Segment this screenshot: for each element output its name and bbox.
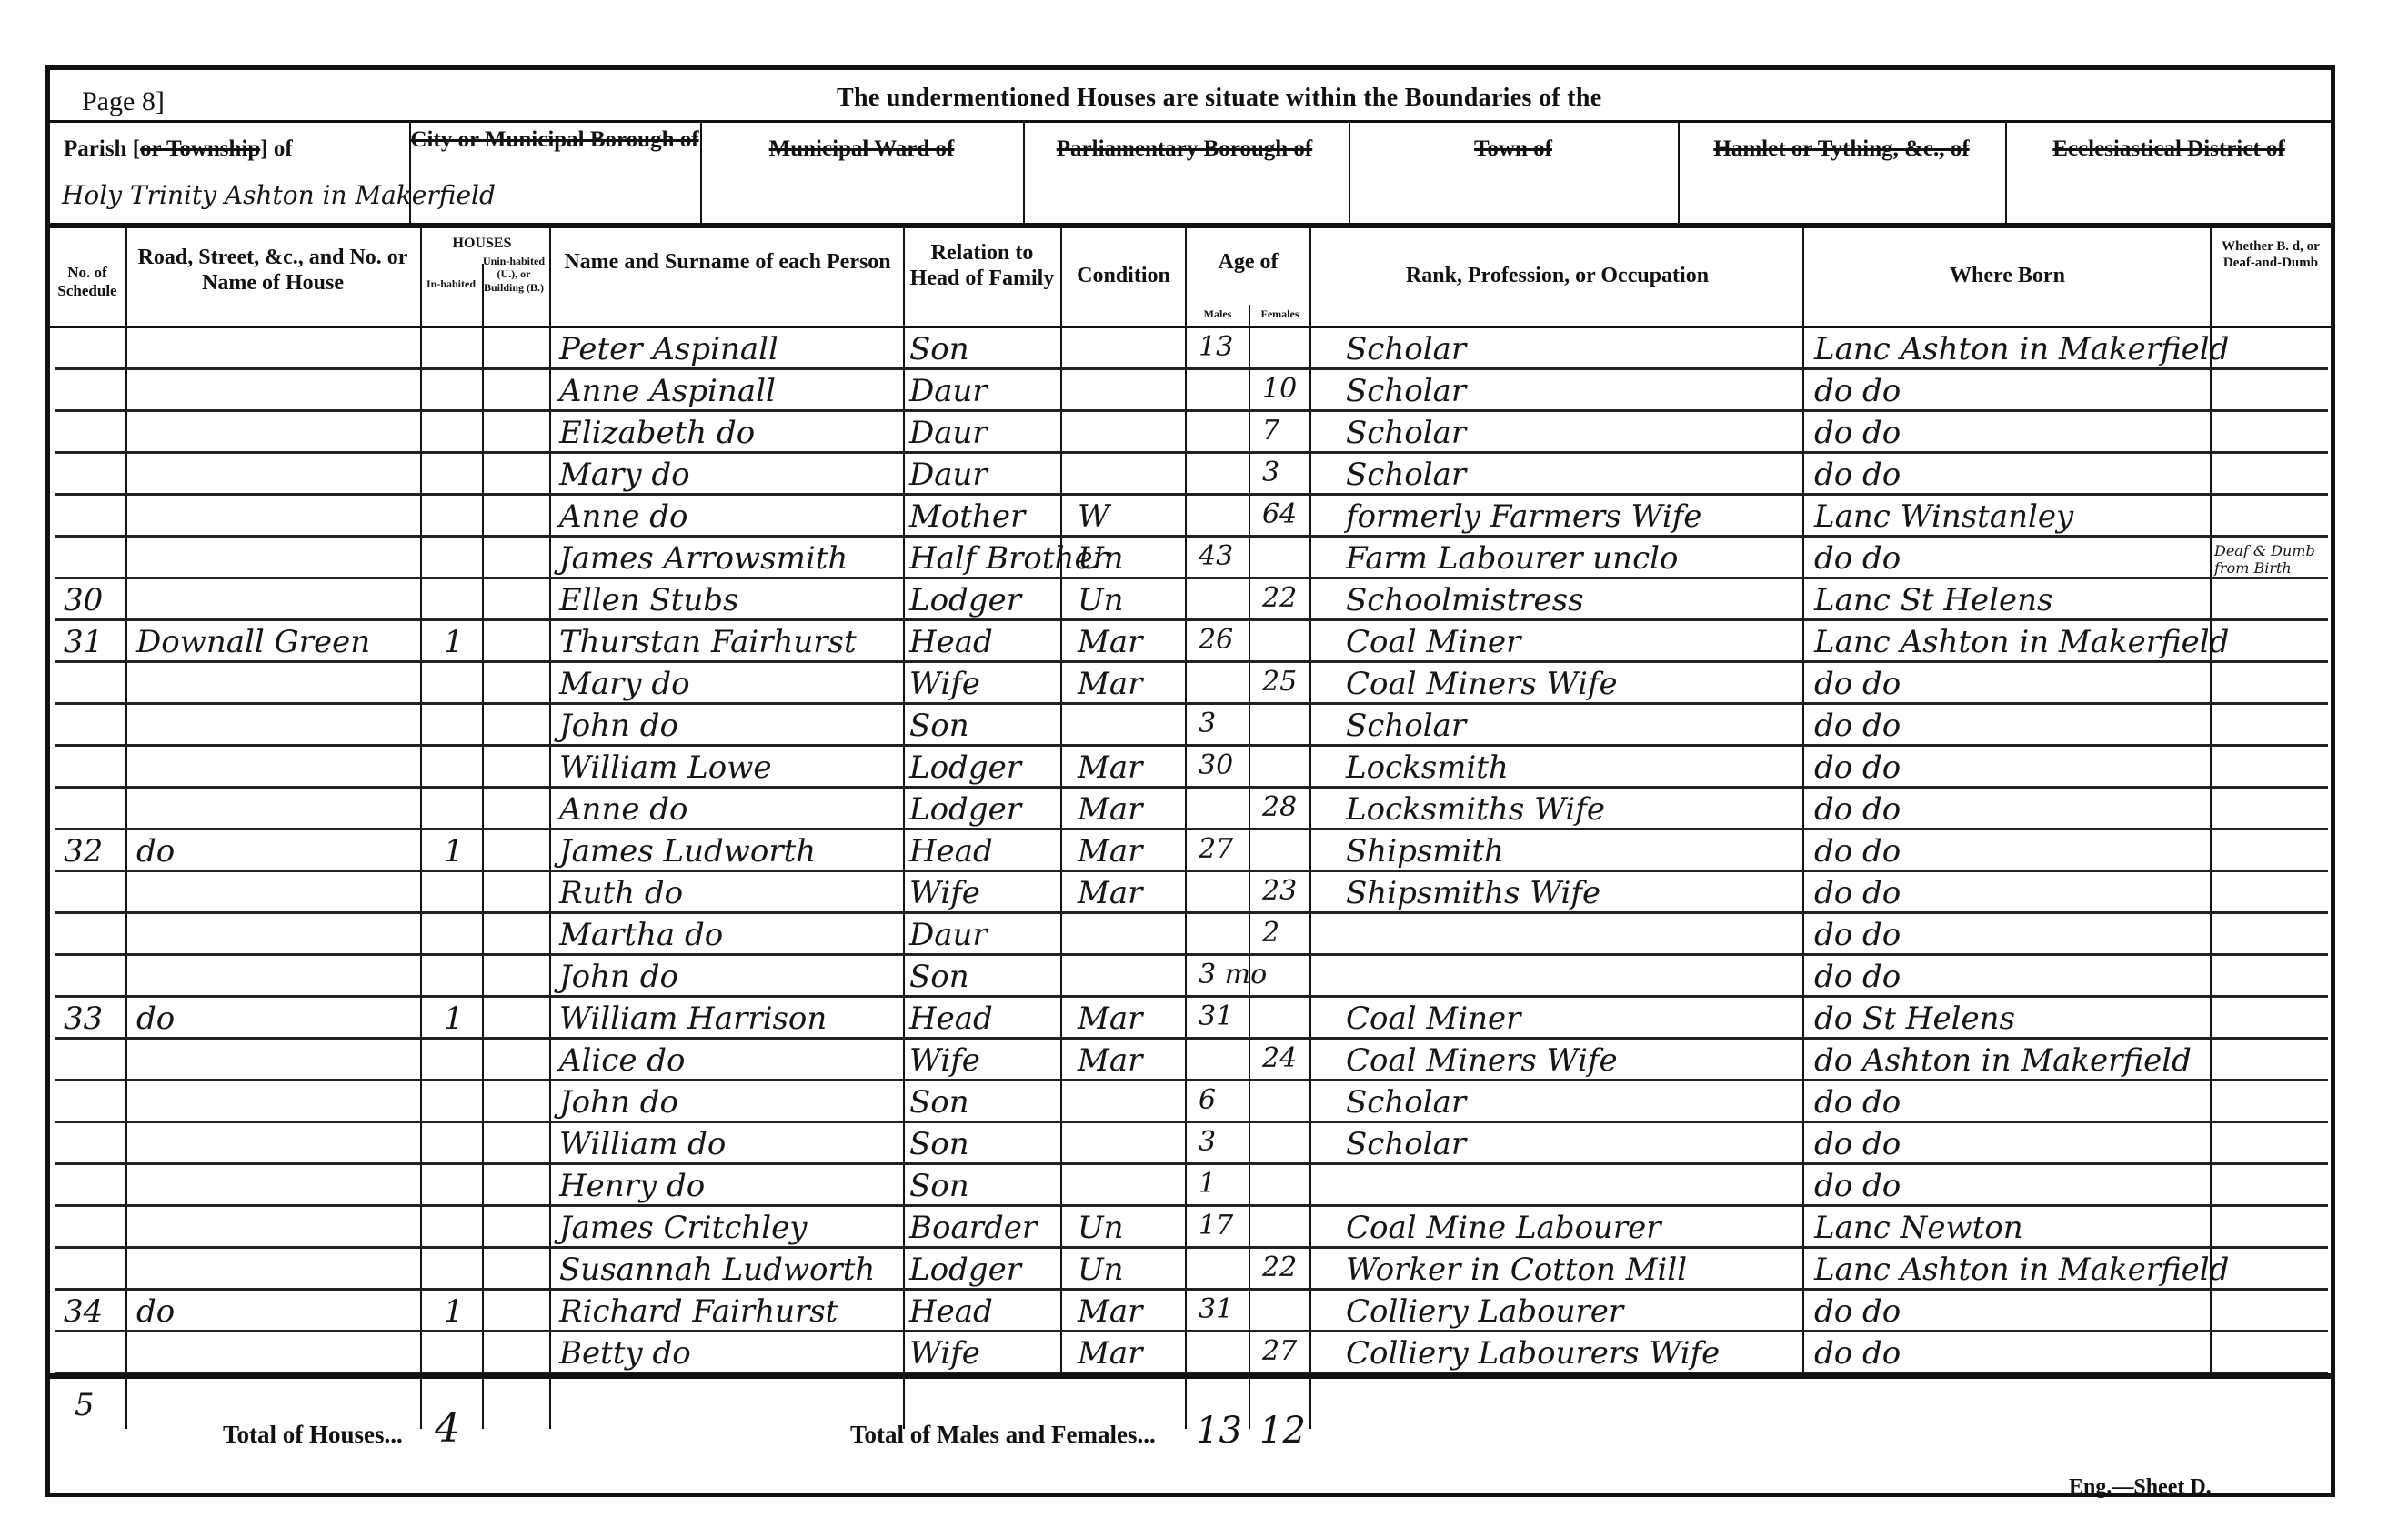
cell-name: Susannah Ludworth	[559, 1252, 875, 1288]
cell-name: William Harrison	[559, 1000, 827, 1037]
cell-relation: Lodger	[909, 1252, 1021, 1288]
cell-male-age: 1	[1199, 1168, 1216, 1200]
cell-male-age: 3 mo	[1199, 959, 1267, 990]
cell-name: Ruth do	[559, 875, 683, 911]
cell-female-age: 10	[1262, 373, 1297, 405]
cell-condition: Mar	[1078, 666, 1142, 702]
cell-female-age: 28	[1262, 791, 1297, 823]
row-divider	[55, 1162, 2328, 1165]
cell-occupation: Locksmith	[1346, 749, 1509, 786]
cell-schedule: 33	[64, 1000, 103, 1037]
row-divider	[55, 828, 2328, 830]
cell-female-age: 23	[1262, 875, 1297, 907]
cell-condition: Mar	[1078, 749, 1142, 786]
cell-occupation: Coal Miner	[1346, 624, 1520, 660]
cell-relation: Daur	[909, 373, 988, 409]
row-divider	[55, 702, 2328, 705]
cell-relation: Lodger	[909, 791, 1021, 828]
row-divider	[55, 409, 2328, 412]
cell-where-born: do do	[1814, 1084, 1901, 1121]
cell-relation: Head	[909, 833, 993, 870]
cell-condition: Mar	[1078, 624, 1142, 660]
cell-where-born: do do	[1814, 666, 1901, 702]
cell-where-born: do do	[1814, 457, 1901, 493]
cell-male-age: 26	[1199, 624, 1233, 656]
cell-female-age: 3	[1262, 457, 1279, 488]
cell-female-age: 22	[1262, 582, 1297, 614]
cell-condition: Mar	[1078, 791, 1142, 828]
cell-name: Richard Fairhurst	[559, 1293, 838, 1330]
divider	[1249, 305, 1250, 1429]
city-borough-label: City or Municipal Borough of	[409, 127, 700, 154]
cell-relation: Mother	[909, 498, 1025, 535]
cell-occupation: Coal Miners Wife	[1346, 1042, 1618, 1079]
cell-male-age: 6	[1199, 1084, 1216, 1116]
cell-relation: Son	[909, 331, 969, 367]
cell-occupation: Scholar	[1346, 708, 1466, 744]
col-name: Name and Surname of each Person	[550, 250, 905, 276]
cell-relation: Son	[909, 1126, 969, 1162]
col-uninhabited: Unin-habited (U.), or Building (B.)	[482, 255, 546, 294]
cell-name: William do	[559, 1126, 726, 1162]
cell-name: Henry do	[559, 1168, 705, 1204]
cell-male-age: 3	[1199, 708, 1216, 739]
cell-relation: Son	[909, 1084, 969, 1121]
parish-value: Holy Trinity Ashton in Makerfield	[62, 180, 496, 210]
row-divider	[55, 1079, 2328, 1081]
col-road: Road, Street, &c., and No. or Name of Ho…	[127, 246, 418, 296]
cell-condition: Un	[1078, 582, 1124, 618]
cell-occupation: Scholar	[1346, 1084, 1466, 1121]
cell-schedule: 31	[64, 624, 103, 660]
cell-relation: Head	[909, 624, 993, 660]
cell-where-born: do do	[1814, 875, 1901, 911]
cell-where-born: Lanc Ashton in Makerfield	[1814, 331, 2229, 367]
cell-relation: Son	[909, 708, 969, 744]
page-title: The undermentioned Houses are situate wi…	[837, 84, 1601, 113]
cell-female-age: 22	[1262, 1252, 1297, 1283]
ecclesiastical-label: Ecclesiastical District of	[2005, 136, 2333, 163]
parliamentary-borough-label: Parliamentary Borough of	[1023, 136, 1346, 163]
cell-relation: Wife	[909, 1335, 980, 1372]
col-houses: HOUSES	[423, 235, 541, 252]
col-condition: Condition	[1062, 264, 1185, 289]
cell-road: do	[136, 833, 175, 870]
cell-where-born: do do	[1814, 959, 1901, 995]
col-schedule: No. of Schedule	[50, 264, 125, 301]
cell-name: Anne Aspinall	[559, 373, 776, 409]
cell-condition: Mar	[1078, 1000, 1142, 1037]
cell-relation: Wife	[909, 875, 980, 911]
cell-male-age: 31	[1199, 1293, 1233, 1325]
cell-where-born: do do	[1814, 373, 1901, 409]
cell-relation: Daur	[909, 917, 988, 953]
cell-name: James Critchley	[559, 1210, 807, 1246]
cell-relation: Lodger	[909, 582, 1021, 618]
col-females: Females	[1250, 307, 1309, 320]
cell-schedule: 30	[64, 582, 103, 618]
cell-relation: Son	[909, 1168, 969, 1204]
sheet-id: Eng.—Sheet D.	[2069, 1475, 2212, 1500]
cell-name: Thurstan Fairhurst	[559, 624, 857, 660]
cell-male-age: 17	[1199, 1210, 1233, 1242]
row-divider	[55, 744, 2328, 747]
cell-occupation: Scholar	[1346, 331, 1466, 367]
divider	[1060, 228, 1062, 1374]
cell-name: John do	[559, 1084, 678, 1121]
cell-condition: Mar	[1078, 1042, 1142, 1079]
row-divider	[55, 995, 2328, 998]
divider	[482, 264, 484, 1429]
cell-relation: Head	[909, 1000, 993, 1037]
cell-inhabited: 1	[444, 1000, 464, 1037]
cell-occupation: Schoolmistress	[1346, 582, 1584, 618]
cell-relation: Daur	[909, 457, 988, 493]
row-divider	[55, 786, 2328, 789]
page-number: Page 8]	[82, 86, 165, 117]
divider	[45, 326, 2335, 328]
total-houses-value: 4	[435, 1405, 460, 1452]
row-divider	[55, 1037, 2328, 1040]
cell-male-age: 13	[1199, 331, 1233, 363]
hamlet-label: Hamlet or Tything, &c., of	[1678, 136, 2005, 163]
total-houses-label: Total of Houses...	[223, 1421, 403, 1449]
cell-female-age: 64	[1262, 498, 1297, 530]
cell-relation: Son	[909, 959, 969, 995]
cell-condition: Mar	[1078, 1335, 1142, 1372]
cell-relation: Head	[909, 1293, 993, 1330]
cell-inhabited: 1	[444, 833, 464, 870]
cell-name: John do	[559, 959, 678, 995]
cell-schedule: 34	[64, 1293, 103, 1330]
cell-female-age: 7	[1262, 415, 1279, 447]
row-divider	[55, 1330, 2328, 1332]
col-where-born: Where Born	[1805, 264, 2210, 289]
cell-occupation: Colliery Labourers Wife	[1346, 1335, 1720, 1372]
cell-male-age: 43	[1199, 540, 1233, 572]
cell-where-born: do St Helens	[1814, 1000, 2015, 1037]
row-divider	[55, 493, 2328, 496]
cell-condition: Un	[1078, 1210, 1124, 1246]
cell-occupation: Coal Miner	[1346, 1000, 1520, 1037]
cell-female-age: 2	[1262, 917, 1279, 949]
cell-relation: Wife	[909, 1042, 980, 1079]
cell-male-age: 30	[1199, 749, 1233, 781]
divider	[1802, 228, 1804, 1374]
cell-male-age: 27	[1199, 833, 1233, 865]
cell-where-born: Lanc Newton	[1814, 1210, 2023, 1246]
cell-road: do	[136, 1000, 175, 1037]
municipal-ward-label: Municipal Ward of	[700, 136, 1023, 163]
cell-name: James Arrowsmith	[559, 540, 848, 577]
cell-occupation: Shipsmith	[1346, 833, 1504, 870]
row-divider	[55, 911, 2328, 914]
cell-female-age: 25	[1262, 666, 1297, 698]
divider	[45, 223, 2335, 228]
cell-name: Mary do	[559, 666, 690, 702]
row-divider	[55, 1288, 2328, 1291]
cell-where-born: do do	[1814, 415, 1901, 451]
cell-name: Alice do	[559, 1042, 686, 1079]
row-divider	[55, 1121, 2328, 1123]
cell-occupation: Farm Labourer unclo	[1346, 540, 1678, 577]
cell-name: Betty do	[559, 1335, 691, 1372]
col-whether: Whether B. d, or Deaf-and-Dumb	[2212, 238, 2330, 271]
cell-where-born: do do	[1814, 917, 1901, 953]
schedule-count: 5	[75, 1387, 95, 1423]
row-divider	[55, 577, 2328, 579]
cell-where-born: Lanc Ashton in Makerfield	[1814, 1252, 2229, 1288]
cell-inhabited: 1	[444, 624, 464, 660]
cell-where-born: do do	[1814, 833, 1901, 870]
cell-occupation: Scholar	[1346, 457, 1466, 493]
cell-condition: W	[1078, 498, 1109, 535]
cell-female-age: 27	[1262, 1335, 1297, 1367]
col-age: Age of	[1187, 250, 1309, 276]
cell-condition: Un	[1078, 540, 1124, 577]
row-divider	[55, 870, 2328, 872]
cell-relation: Daur	[909, 415, 988, 451]
row-divider	[55, 953, 2328, 956]
cell-where-born: do do	[1814, 1293, 1901, 1330]
cell-occupation: Colliery Labourer	[1346, 1293, 1623, 1330]
cell-name: William Lowe	[559, 749, 771, 786]
cell-condition: Mar	[1078, 1293, 1142, 1330]
town-label: Town of	[1349, 136, 1678, 163]
cell-name: Anne do	[559, 791, 688, 828]
cell-schedule: 32	[64, 833, 103, 870]
cell-occupation: Locksmiths Wife	[1346, 791, 1605, 828]
row-divider	[55, 451, 2328, 454]
cell-condition: Un	[1078, 1252, 1124, 1288]
cell-relation: Wife	[909, 666, 980, 702]
row-divider	[55, 618, 2328, 621]
cell-where-born: Lanc Winstanley	[1814, 498, 2073, 535]
cell-where-born: do do	[1814, 708, 1901, 744]
divider	[2210, 228, 2212, 1374]
col-relation: Relation to Head of Family	[905, 241, 1059, 291]
row-divider	[55, 660, 2328, 663]
total-persons-label: Total of Males and Females...	[850, 1421, 1156, 1449]
cell-where-born: do do	[1814, 791, 1901, 828]
cell-where-born: Lanc Ashton in Makerfield	[1814, 624, 2229, 660]
cell-name: Ellen Stubs	[559, 582, 738, 618]
cell-female-age: 24	[1262, 1042, 1297, 1074]
cell-occupation: Coal Miners Wife	[1346, 666, 1618, 702]
row-divider	[55, 1204, 2328, 1207]
cell-where-born: Lanc St Helens	[1814, 582, 2052, 618]
cell-condition: Mar	[1078, 833, 1142, 870]
cell-inhabited: 1	[444, 1293, 464, 1330]
cell-name: Martha do	[559, 917, 723, 953]
col-occupation: Rank, Profession, or Occupation	[1309, 264, 1805, 289]
cell-where-born: do do	[1814, 1335, 1901, 1372]
cell-occupation: Scholar	[1346, 373, 1466, 409]
cell-occupation: Coal Mine Labourer	[1346, 1210, 1661, 1246]
col-males: Males	[1187, 307, 1249, 320]
cell-relation: Lodger	[909, 749, 1021, 786]
cell-name: John do	[559, 708, 678, 744]
cell-road: Downall Green	[136, 624, 370, 660]
cell-name: Anne do	[559, 498, 688, 535]
cell-where-born: do do	[1814, 540, 1901, 577]
cell-occupation: formerly Farmers Wife	[1346, 498, 1701, 535]
cell-occupation: Scholar	[1346, 415, 1466, 451]
cell-road: do	[136, 1293, 175, 1330]
cell-occupation: Scholar	[1346, 1126, 1466, 1162]
parish-label: Parish [or Township] of	[64, 136, 373, 163]
row-divider	[55, 1246, 2328, 1249]
divider	[45, 1373, 2335, 1379]
cell-name: James Ludworth	[559, 833, 816, 870]
row-divider	[55, 535, 2328, 538]
cell-where-born: do Ashton in Makerfield	[1814, 1042, 2192, 1079]
cell-where-born: do do	[1814, 749, 1901, 786]
cell-where-born: do do	[1814, 1168, 1901, 1204]
cell-whether: Deaf & Dumb from Birth	[2214, 542, 2328, 577]
row-divider	[55, 367, 2328, 370]
cell-name: Mary do	[559, 457, 690, 493]
divider	[45, 120, 2335, 123]
total-males: 13	[1196, 1410, 1242, 1452]
col-inhabited: In-habited	[423, 277, 479, 290]
cell-male-age: 31	[1199, 1000, 1233, 1032]
cell-occupation: Worker in Cotton Mill	[1346, 1252, 1687, 1288]
cell-occupation: Shipsmiths Wife	[1346, 875, 1600, 911]
cell-male-age: 3	[1199, 1126, 1216, 1158]
cell-name: Elizabeth do	[559, 415, 755, 451]
cell-condition: Mar	[1078, 875, 1142, 911]
cell-where-born: do do	[1814, 1126, 1901, 1162]
total-females: 12	[1259, 1410, 1306, 1452]
cell-name: Peter Aspinall	[559, 331, 778, 367]
cell-relation: Boarder	[909, 1210, 1037, 1246]
